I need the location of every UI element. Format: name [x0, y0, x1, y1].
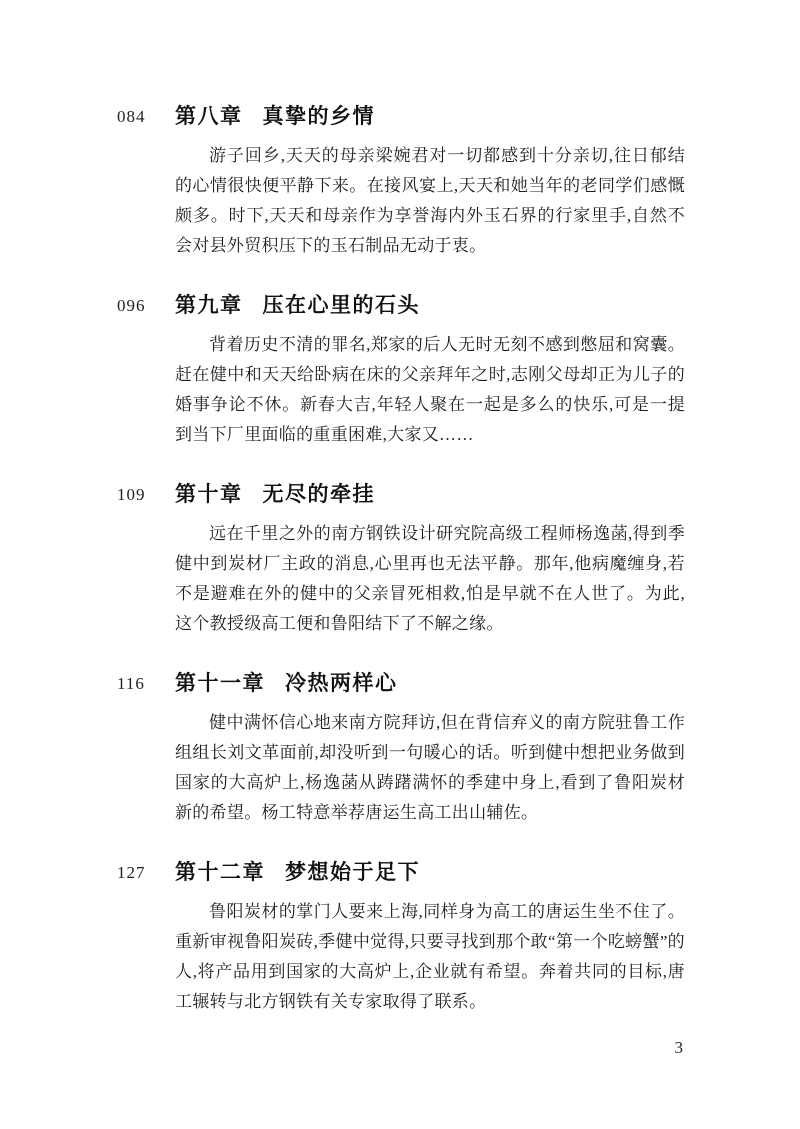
- entry-body: 第十二章梦想始于足下 鲁阳炭材的掌门人要来上海,同样身为高工的唐运生坐不住了。重…: [175, 857, 685, 1017]
- chapter-number: 第十一章: [175, 671, 265, 695]
- chapter-title: 压在心里的石头: [263, 293, 421, 317]
- chapter-heading: 第十一章冷热两样心: [175, 668, 685, 699]
- chapter-title: 真挚的乡情: [263, 104, 376, 128]
- toc-entry-chapter-9: 096 第九章压在心里的石头 背着历史不清的罪名,郑家的后人无时无刻不感到憋屈和…: [117, 290, 685, 450]
- chapter-heading: 第十章无尽的牵挂: [175, 479, 685, 510]
- chapter-number: 第十二章: [175, 860, 265, 884]
- chapter-summary: 鲁阳炭材的掌门人要来上海,同样身为高工的唐运生坐不住了。重新审视鲁阳炭砖,季健中…: [175, 897, 685, 1017]
- entry-body: 第八章真挚的乡情 游子回乡,天天的母亲梁婉君对一切都感到十分亲切,往日郁结的心情…: [175, 101, 685, 261]
- entry-body: 第九章压在心里的石头 背着历史不清的罪名,郑家的后人无时无刻不感到憋屈和窝囊。赶…: [175, 290, 685, 450]
- toc-entry-chapter-12: 127 第十二章梦想始于足下 鲁阳炭材的掌门人要来上海,同样身为高工的唐运生坐不…: [117, 857, 685, 1017]
- toc-entry-chapter-8: 084 第八章真挚的乡情 游子回乡,天天的母亲梁婉君对一切都感到十分亲切,往日郁…: [117, 101, 685, 261]
- chapter-number: 第九章: [175, 293, 243, 317]
- chapter-heading: 第十二章梦想始于足下: [175, 857, 685, 888]
- toc-content: 084 第八章真挚的乡情 游子回乡,天天的母亲梁婉君对一切都感到十分亲切,往日郁…: [117, 101, 685, 1046]
- toc-entry-chapter-11: 116 第十一章冷热两样心 健中满怀信心地来南方院拜访,但在背信弃义的南方院驻鲁…: [117, 668, 685, 828]
- folio-page-number: 3: [117, 1038, 683, 1058]
- chapter-heading: 第九章压在心里的石头: [175, 290, 685, 321]
- chapter-title: 冷热两样心: [285, 671, 398, 695]
- chapter-title: 梦想始于足下: [285, 860, 420, 884]
- entry-page-number: 096: [117, 290, 175, 321]
- chapter-summary: 远在千里之外的南方钢铁设计研究院高级工程师杨逸菡,得到季健中到炭材厂主政的消息,…: [175, 519, 685, 639]
- chapter-number: 第八章: [175, 104, 243, 128]
- entry-body: 第十一章冷热两样心 健中满怀信心地来南方院拜访,但在背信弃义的南方院驻鲁工作组组…: [175, 668, 685, 828]
- entry-body: 第十章无尽的牵挂 远在千里之外的南方钢铁设计研究院高级工程师杨逸菡,得到季健中到…: [175, 479, 685, 639]
- chapter-heading: 第八章真挚的乡情: [175, 101, 685, 132]
- chapter-title: 无尽的牵挂: [263, 482, 376, 506]
- entry-page-number: 084: [117, 101, 175, 132]
- entry-page-number: 109: [117, 479, 175, 510]
- chapter-summary: 游子回乡,天天的母亲梁婉君对一切都感到十分亲切,往日郁结的心情很快便平静下来。在…: [175, 141, 685, 261]
- entry-page-number: 127: [117, 857, 175, 888]
- chapter-summary: 健中满怀信心地来南方院拜访,但在背信弃义的南方院驻鲁工作组组长刘文革面前,却没听…: [175, 708, 685, 828]
- chapter-number: 第十章: [175, 482, 243, 506]
- toc-entry-chapter-10: 109 第十章无尽的牵挂 远在千里之外的南方钢铁设计研究院高级工程师杨逸菡,得到…: [117, 479, 685, 639]
- entry-page-number: 116: [117, 668, 175, 699]
- chapter-summary: 背着历史不清的罪名,郑家的后人无时无刻不感到憋屈和窝囊。赶在健中和天天给卧病在床…: [175, 330, 685, 450]
- toc-page: 084 第八章真挚的乡情 游子回乡,天天的母亲梁婉君对一切都感到十分亲切,往日郁…: [0, 0, 800, 1129]
